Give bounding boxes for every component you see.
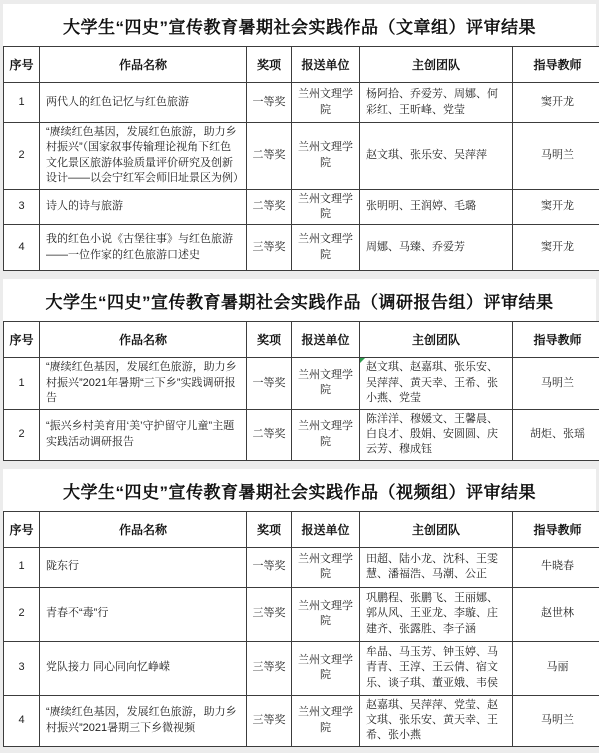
teacher-cell: 胡炬、张瑶: [513, 409, 599, 460]
award-cell: 一等奖: [247, 547, 292, 587]
table-row: 3 党队接力 同心同向忆峥嵘 三等奖 兰州文理学院 牟晶、马玉芳、钟玉婷、马青青…: [4, 641, 599, 695]
unit-cell: 兰州文理学院: [292, 695, 360, 746]
team-cell: 赵嘉琪、吴萍萍、党莹、赵文琪、张乐安、黄天幸、王希、张小燕: [360, 695, 513, 746]
table-header-row: 序号 作品名称 奖项 报送单位 主创团队 指导教师: [4, 511, 599, 547]
index-cell: 2: [4, 123, 40, 190]
index-cell: 2: [4, 409, 40, 460]
work-name-cell: 两代人的红色记忆与红色旅游: [40, 83, 247, 123]
unit-cell: 兰州文理学院: [292, 587, 360, 641]
teacher-cell: 窦开龙: [513, 225, 599, 271]
teacher-cell: 窦开龙: [513, 189, 599, 225]
award-cell: 二等奖: [247, 123, 292, 190]
award-cell: 三等奖: [247, 695, 292, 746]
team-cell: 牟晶、马玉芳、钟玉婷、马青青、王淳、王云倩、宿文乐、谈子琪、董亚娥、韦侯: [360, 641, 513, 695]
unit-cell: 兰州文理学院: [292, 83, 360, 123]
index-cell: 3: [4, 641, 40, 695]
index-cell: 1: [4, 83, 40, 123]
results-table-video-group: 序号 作品名称 奖项 报送单位 主创团队 指导教师 1 陇东行 一等奖 兰州文理…: [3, 511, 599, 747]
table-row: 2 “振兴乡村美育用‘美’守护留守儿童”主题实践活动调研报告 二等奖 兰州文理学…: [4, 409, 599, 460]
teacher-cell: 马明兰: [513, 358, 599, 409]
cell-corner-flag: [360, 358, 365, 363]
team-cell: 杨阿拾、乔爱芳、周娜、何彩红、王昕峰、党莹: [360, 83, 513, 123]
team-cell: 周娜、马臻、乔爱芳: [360, 225, 513, 271]
team-cell: 田超、陆小龙、沈科、王雯慧、潘福浩、马潮、公正: [360, 547, 513, 587]
table-row: 3 诗人的诗与旅游 二等奖 兰州文理学院 张明明、王润婷、毛璐 窦开龙: [4, 189, 599, 225]
teacher-cell: 马明兰: [513, 695, 599, 746]
award-cell: 三等奖: [247, 225, 292, 271]
unit-cell: 兰州文理学院: [292, 358, 360, 409]
award-cell: 二等奖: [247, 409, 292, 460]
header-index: 序号: [4, 511, 40, 547]
unit-cell: 兰州文理学院: [292, 123, 360, 190]
header-team: 主创团队: [360, 511, 513, 547]
teacher-cell: 牛晓春: [513, 547, 599, 587]
section-title: 大学生“四史”宣传教育暑期社会实践作品（视频组）评审结果: [3, 469, 596, 511]
header-award: 奖项: [247, 47, 292, 83]
table-row: 1 “赓续红色基因，发展红色旅游，助力乡村振兴”2021年暑期“三下乡”实践调研…: [4, 358, 599, 409]
award-cell: 一等奖: [247, 358, 292, 409]
header-teacher: 指导教师: [513, 511, 599, 547]
team-cell: 巩鹏程、张鹏飞、王丽娜、郭从风、王亚龙、李璇、庄建齐、张露胜、李子涵: [360, 587, 513, 641]
index-cell: 4: [4, 695, 40, 746]
results-table-research-report-group: 序号 作品名称 奖项 报送单位 主创团队 指导教师 1 “赓续红色基因，发展红色…: [3, 321, 599, 460]
results-table-article-group: 序号 作品名称 奖项 报送单位 主创团队 指导教师 1 两代人的红色记忆与红色旅…: [3, 46, 599, 271]
work-name-cell: “振兴乡村美育用‘美’守护留守儿童”主题实践活动调研报告: [40, 409, 247, 460]
work-name-cell: 诗人的诗与旅游: [40, 189, 247, 225]
header-work-name: 作品名称: [40, 322, 247, 358]
teacher-cell: 赵世林: [513, 587, 599, 641]
table-row: 2 青春不“毒”行 三等奖 兰州文理学院 巩鹏程、张鹏飞、王丽娜、郭从风、王亚龙…: [4, 587, 599, 641]
section-research-report-group: 大学生“四史”宣传教育暑期社会实践作品（调研报告组）评审结果 序号 作品名称 奖…: [3, 279, 596, 460]
table-row: 1 陇东行 一等奖 兰州文理学院 田超、陆小龙、沈科、王雯慧、潘福浩、马潮、公正…: [4, 547, 599, 587]
work-name-cell: 我的红色小说《古堡往事》与红色旅游——一位作家的红色旅游口述史: [40, 225, 247, 271]
header-index: 序号: [4, 322, 40, 358]
table-row: 1 两代人的红色记忆与红色旅游 一等奖 兰州文理学院 杨阿拾、乔爱芳、周娜、何彩…: [4, 83, 599, 123]
work-name-cell: “赓续红色基因，发展红色旅游，助力乡村振兴”2021年暑期“三下乡”实践调研报告: [40, 358, 247, 409]
work-name-cell: “赓续红色基因，发展红色旅游，助力乡村振兴”2021暑期三下乡微视频: [40, 695, 247, 746]
teacher-cell: 马丽: [513, 641, 599, 695]
index-cell: 2: [4, 587, 40, 641]
header-unit: 报送单位: [292, 47, 360, 83]
header-teacher: 指导教师: [513, 322, 599, 358]
header-unit: 报送单位: [292, 511, 360, 547]
header-award: 奖项: [247, 322, 292, 358]
teacher-cell: 窦开龙: [513, 83, 599, 123]
work-name-cell: 陇东行: [40, 547, 247, 587]
award-cell: 一等奖: [247, 83, 292, 123]
index-cell: 1: [4, 547, 40, 587]
unit-cell: 兰州文理学院: [292, 189, 360, 225]
unit-cell: 兰州文理学院: [292, 547, 360, 587]
work-name-cell: 青春不“毒”行: [40, 587, 247, 641]
header-index: 序号: [4, 47, 40, 83]
team-cell: 赵文琪、赵嘉琪、张乐安、吴萍萍、黄天幸、王希、张小燕、党莹: [360, 358, 513, 409]
team-cell: 赵文琪、张乐安、吴萍萍: [360, 123, 513, 190]
unit-cell: 兰州文理学院: [292, 409, 360, 460]
unit-cell: 兰州文理学院: [292, 225, 360, 271]
team-cell-text: 赵文琪、赵嘉琪、张乐安、吴萍萍、黄天幸、王希、张小燕、党莹: [366, 361, 498, 404]
index-cell: 3: [4, 189, 40, 225]
header-work-name: 作品名称: [40, 47, 247, 83]
work-name-cell: “赓续红色基因，发展红色旅游，助力乡村振兴”（国家叙事传输理论视角下红色文化景区…: [40, 123, 247, 190]
team-cell: 张明明、王润婷、毛璐: [360, 189, 513, 225]
work-name-cell: 党队接力 同心同向忆峥嵘: [40, 641, 247, 695]
header-work-name: 作品名称: [40, 511, 247, 547]
table-row: 4 “赓续红色基因，发展红色旅游，助力乡村振兴”2021暑期三下乡微视频 三等奖…: [4, 695, 599, 746]
header-unit: 报送单位: [292, 322, 360, 358]
award-cell: 二等奖: [247, 189, 292, 225]
header-teacher: 指导教师: [513, 47, 599, 83]
header-team: 主创团队: [360, 322, 513, 358]
results-page: 大学生“四史”宣传教育暑期社会实践作品（文章组）评审结果 序号 作品名称 奖项 …: [0, 0, 599, 753]
award-cell: 三等奖: [247, 641, 292, 695]
table-header-row: 序号 作品名称 奖项 报送单位 主创团队 指导教师: [4, 47, 599, 83]
section-title: 大学生“四史”宣传教育暑期社会实践作品（调研报告组）评审结果: [3, 279, 596, 321]
table-header-row: 序号 作品名称 奖项 报送单位 主创团队 指导教师: [4, 322, 599, 358]
table-row: 2 “赓续红色基因，发展红色旅游，助力乡村振兴”（国家叙事传输理论视角下红色文化…: [4, 123, 599, 190]
team-cell: 陈洋洋、穆媛文、王馨晨、白良才、殷娟、安圆圆、庆云芳、穆成钰: [360, 409, 513, 460]
index-cell: 4: [4, 225, 40, 271]
table-row: 4 我的红色小说《古堡往事》与红色旅游——一位作家的红色旅游口述史 三等奖 兰州…: [4, 225, 599, 271]
header-award: 奖项: [247, 511, 292, 547]
teacher-cell: 马明兰: [513, 123, 599, 190]
award-cell: 三等奖: [247, 587, 292, 641]
section-article-group: 大学生“四史”宣传教育暑期社会实践作品（文章组）评审结果 序号 作品名称 奖项 …: [3, 4, 596, 271]
unit-cell: 兰州文理学院: [292, 641, 360, 695]
index-cell: 1: [4, 358, 40, 409]
header-team: 主创团队: [360, 47, 513, 83]
section-title: 大学生“四史”宣传教育暑期社会实践作品（文章组）评审结果: [3, 4, 596, 46]
section-video-group: 大学生“四史”宣传教育暑期社会实践作品（视频组）评审结果 序号 作品名称 奖项 …: [3, 469, 596, 747]
